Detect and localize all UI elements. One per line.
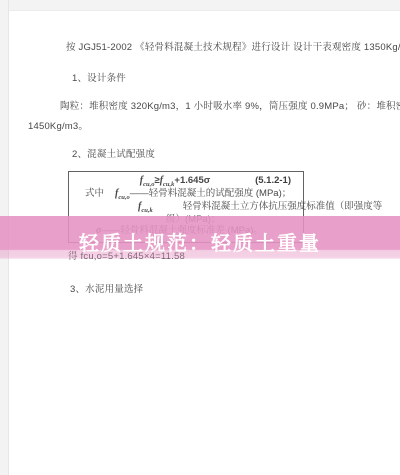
section1-body-line2: 1450Kg/m3。 [28, 121, 88, 132]
page-root: 按 JGJ51-2002 《轻骨料混凝土技术规程》进行设计 设计干表观密度 13… [0, 0, 400, 475]
section2-heading: 2、混凝土试配强度 [72, 149, 155, 160]
intro-line: 按 JGJ51-2002 《轻骨料混凝土技术规程》进行设计 设计干表观密度 13… [66, 42, 400, 53]
overlay-banner: 轻质土规范：轻质土重量 [0, 216, 400, 259]
equation-number: (5.1.2-1) [255, 175, 291, 186]
section3-heading: 3、水泥用量选择 [70, 284, 143, 295]
section1-heading: 1、设计条件 [72, 73, 126, 84]
section1-body-line1: 陶粒：堆积密度 320Kg/m3，1 小时吸水率 9%，筒压强度 0.9MPa；… [60, 101, 400, 112]
window-top-strip [0, 0, 400, 11]
banner-title: 轻质土规范：轻质土重量 [79, 227, 321, 256]
where-label: 式中 [85, 188, 104, 199]
